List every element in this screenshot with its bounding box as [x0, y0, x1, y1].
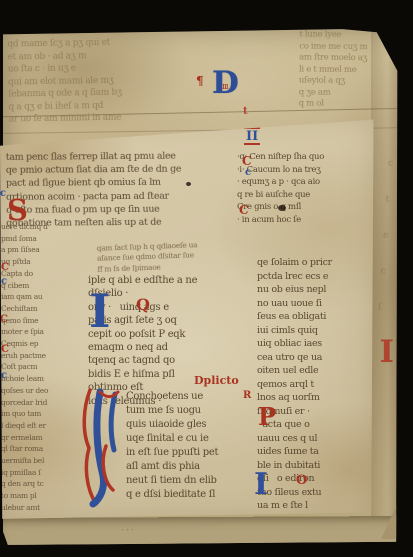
header-text-block: tam penc ſlas ferrep illat aq pmu aleeqe… [6, 149, 241, 230]
text-line: emaqm o neq ad [88, 341, 258, 354]
folio-numeral: II [246, 130, 258, 143]
marginal-gloss: uere dicmq dpmd ſomaa pm ſiſseauq pſtdaC… [1, 221, 87, 514]
text-line: uere dicmq d [1, 221, 87, 233]
text-line: q re bi auſche que [237, 189, 345, 202]
text-line: ql ſtar roma [1, 443, 87, 455]
text-line: im quo tam [1, 408, 87, 420]
rubric-initial-O: O [296, 474, 307, 487]
text-line: e [382, 218, 398, 255]
text-line: c [387, 146, 403, 183]
manuscript-photo: qd mame ſcʒ a pʒ qui etet am ob · ad aʒ … [0, 0, 413, 557]
text-line: neut ſi tiem dn elib [126, 474, 258, 488]
text-line: · equmʒ a p · qca aio [237, 176, 345, 189]
text-line: q e dſsi bieditate ſl [126, 488, 258, 502]
illuminated-initial-I: I [89, 288, 111, 334]
paraph-mark: C [1, 345, 9, 355]
bottom-leaf-edge: · · · [3, 516, 411, 548]
text-line: eruh pactme [1, 350, 87, 362]
text-line: iam qam au [1, 291, 87, 303]
illuminated-initial-V [80, 386, 128, 516]
text-line: uq pſtda [1, 256, 87, 268]
text-line: t lune lyee [299, 29, 403, 42]
text-line: iq pmiſlaa ſ [1, 467, 87, 479]
text-line: qr ermelam [1, 432, 87, 444]
text-line: t [384, 182, 400, 219]
rubric-mark: ¶ [196, 74, 204, 88]
text-line: ulebur amt [1, 502, 87, 514]
text-line: oiten uel edle [257, 364, 353, 378]
text-line: l dieqd eſt er [1, 420, 87, 432]
text-line: ·i· Caucum lo na treʒ [237, 164, 345, 177]
fragment-text-left: qd mame ſcʒ a pʒ qui etet am ob · ad aʒ … [7, 33, 300, 126]
rubric-initial-Q: Q [136, 297, 150, 313]
text-line: Conchoetens ue [126, 390, 258, 404]
text-line: uermiſta bel [1, 455, 87, 467]
text-line: ony · uinq ags e [88, 301, 258, 314]
paraph-mark: c [1, 277, 7, 287]
chapter-list: ·q· Cen niſtep ſha quo·i· Caucum lo na t… [237, 151, 345, 227]
text-line: cepit oo poſsit P eqk [88, 328, 258, 341]
rubric-mark: t [243, 106, 248, 117]
text-line: Capta do [1, 268, 87, 280]
text-line: uiq obliac iaes [257, 337, 353, 351]
text-line: patis agit ſete ʒ oq [88, 314, 258, 327]
paraph-mark: C [239, 204, 249, 216]
text-line: qemos arql t [257, 378, 353, 392]
interlinear-note: qam ſact ſup h q qdiaoeſe uaaſance ſue q… [97, 238, 256, 274]
text-line: quis uiaoide gles [126, 418, 258, 432]
text-line: q cibem [1, 280, 87, 292]
text-line: Ceqmis ep [1, 338, 87, 350]
center-lower-text: Conchoetens uetum me ſs uoguquis uiaoide… [126, 390, 258, 502]
text-line: Cechiſtam [1, 303, 87, 315]
text-line: ·q· Cen niſtep ſha quo [237, 151, 345, 164]
rubric-initial-P: P [258, 405, 276, 429]
text-line: tum me ſs uogu [126, 404, 258, 418]
text-line: pctda lrec ecs e [257, 270, 353, 284]
text-line: Coſt pacm [1, 361, 87, 373]
text-line: qe ſolaim o pricr [257, 256, 353, 270]
ink-blot [186, 182, 191, 186]
text-line: tqenq ac tagnd qo [88, 354, 258, 367]
text-line: uides ſume ta [257, 445, 353, 459]
rubric-word: Dplicto [194, 375, 239, 386]
text-line: qemo ſime [1, 315, 87, 327]
text-line: iple q abi e edſthe a ne [88, 274, 258, 287]
text-line: iui cimls quiq [257, 324, 353, 338]
text-line: moter e ſpia [1, 326, 87, 338]
text-line: · in acum hoc ſe [237, 214, 345, 227]
rubric-initial-I: I [379, 334, 394, 370]
text-line: uqe ſinital e cu ie [126, 432, 258, 446]
text-line: a pm ſiſsea [1, 244, 87, 256]
paraph-mark: c [0, 189, 6, 199]
paraph-mark: c [1, 371, 7, 381]
text-line: nu ob eius nepl [257, 283, 353, 297]
parchment-specks: · · · [121, 525, 134, 534]
initial-penwork: ııı [222, 82, 228, 92]
text-line: q den arq tc [1, 478, 87, 490]
text-line: pmd ſoma [1, 233, 87, 245]
illuminated-initial-I: I [254, 470, 268, 500]
main-leaf: II tam penc ſlas ferrep illat aq pmu ale… [0, 113, 375, 523]
paraph-mark: C [0, 315, 8, 325]
ink-blot [278, 205, 286, 211]
text-line: in eſt ſue ppuſti pet [126, 446, 258, 460]
text-line: no uau uoue ſi [257, 297, 353, 311]
text-line: ua m e ſte l [257, 499, 353, 513]
text-line: nchoie leam [1, 373, 87, 385]
text-line: cea utro qe ua [257, 351, 353, 365]
text-line: aſl amt dis phia [126, 460, 258, 474]
text-line: to mam pl [1, 490, 87, 502]
text-line: uauu ces q ul [257, 432, 353, 446]
text-line: dſsielio · [88, 287, 258, 300]
paraph-mark: c [245, 168, 251, 178]
text-line: ble in dubitati [257, 459, 353, 473]
text-line: ſeus ea obligati [257, 310, 353, 324]
text-line: qorcedar lrid [1, 397, 87, 409]
paraph-mark: C [242, 155, 252, 167]
text-line: c [379, 253, 395, 290]
paraph-mark: C [1, 263, 9, 273]
text-line: qoſses ur deo [1, 385, 87, 397]
text-line: ſ [377, 289, 393, 326]
text-line: Cre gnis o q mſl [237, 201, 345, 214]
